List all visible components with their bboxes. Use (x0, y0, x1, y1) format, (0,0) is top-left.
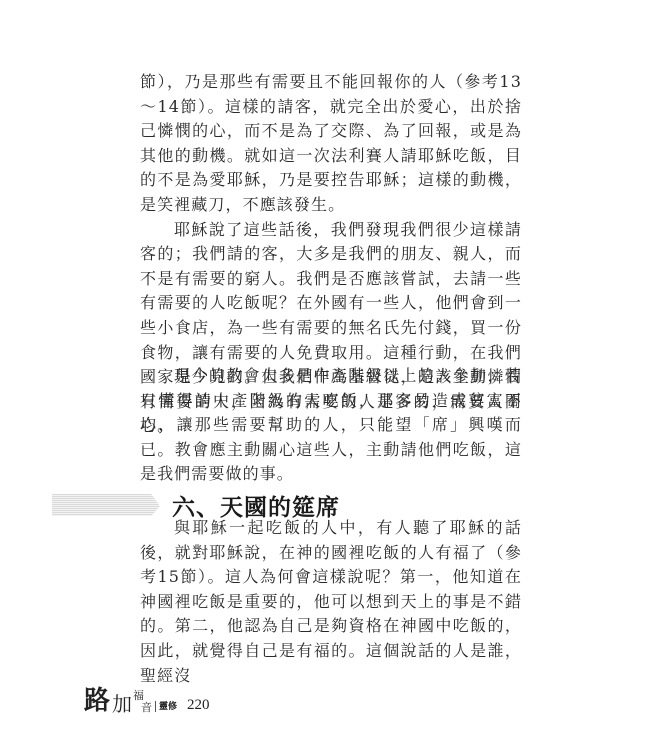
page-footer: 路 加 福 音 靈修 220 (84, 688, 210, 714)
heading-decoration-icon (52, 494, 160, 516)
series-label: 靈修 (159, 703, 177, 712)
book-title-char: 加 (112, 694, 132, 714)
text-block-middle: 現今的教會大多是中產階級以上的人參加，若只懂得請中產階級的人吃飯，那容易造成貧富… (140, 364, 522, 487)
page-number: 220 (187, 698, 210, 713)
book-title-char: 路 (84, 688, 110, 714)
paragraph: 節），乃是那些有需要且不能回報你的人（參考13～14節）。這樣的請客，就完全出於… (140, 70, 522, 218)
book-title-char: 福 (133, 690, 144, 701)
paragraph: 與耶穌一起吃飯的人中，有人聽了耶穌的話後，就對耶穌說，在神的國裡吃飯的人有福了（… (140, 516, 522, 688)
book-title-char: 音 (141, 702, 152, 713)
text-block-bottom: 與耶穌一起吃飯的人中，有人聽了耶穌的話後，就對耶穌說，在神的國裡吃飯的人有福了（… (140, 516, 522, 688)
book-title-subchars: 福 音 (133, 690, 153, 714)
footer-divider (155, 701, 156, 712)
paragraph: 現今的教會大多是中產階級以上的人參加，若只懂得請中產階級的人吃飯，那容易造成貧富… (140, 364, 522, 487)
